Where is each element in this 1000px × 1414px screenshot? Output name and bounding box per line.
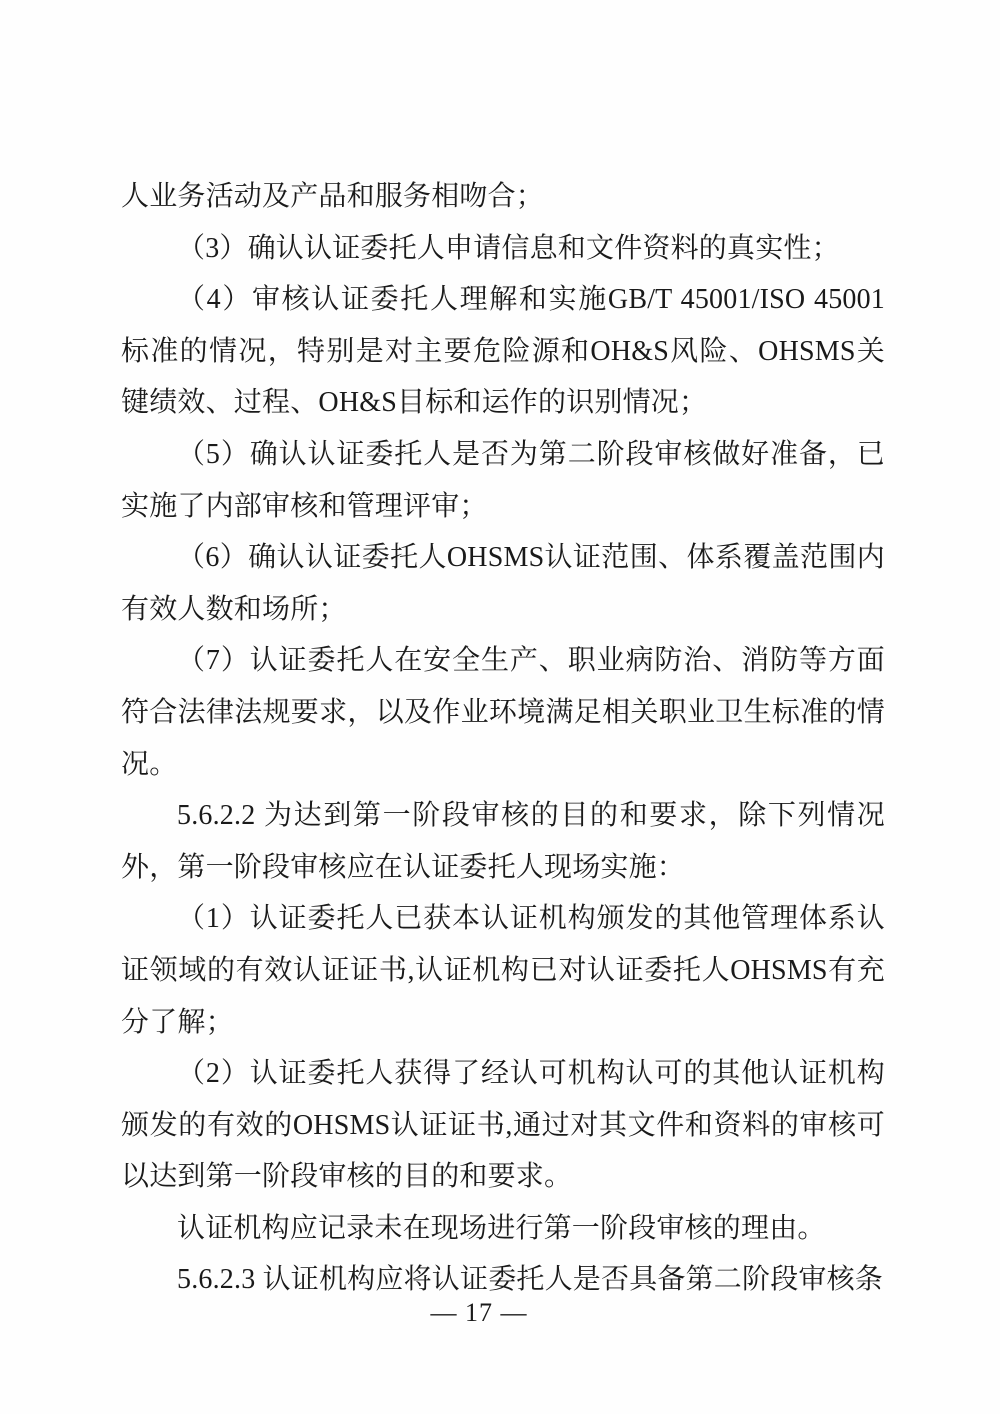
paragraph-item-4: （4）审核认证委托人理解和实施GB/T 45001/ISO 45001标准的情况… (121, 274, 885, 429)
paragraph-continuation: 人业务活动及产品和服务相吻合； (121, 171, 885, 223)
paragraph-note: 认证机构应记录未在现场进行第一阶段审核的理由。 (121, 1203, 885, 1255)
paragraph-item-3: （3）确认认证委托人申请信息和文件资料的真实性； (121, 223, 885, 275)
paragraph-sub-item-1: （1）认证委托人已获本认证机构颁发的其他管理体系认证领域的有效认证证书,认证机构… (121, 893, 885, 1048)
paragraph-item-7: （7）认证委托人在安全生产、职业病防治、消防等方面符合法律法规要求，以及作业环境… (121, 635, 885, 790)
paragraph-item-6: （6）确认认证委托人OHSMS认证范围、体系覆盖范围内有效人数和场所； (121, 532, 885, 635)
page-body: 人业务活动及产品和服务相吻合； （3）确认认证委托人申请信息和文件资料的真实性；… (121, 171, 885, 1306)
page-number: — 17 — (0, 1297, 958, 1329)
paragraph-sub-item-2: （2）认证委托人获得了经认可机构认可的其他认证机构颁发的有效的OHSMS认证证书… (121, 1048, 885, 1203)
document-page: 人业务活动及产品和服务相吻合； （3）确认认证委托人申请信息和文件资料的真实性；… (0, 0, 1000, 1414)
paragraph-item-5: （5）确认认证委托人是否为第二阶段审核做好准备，已实施了内部审核和管理评审； (121, 429, 885, 532)
paragraph-clause-5-6-2-2: 5.6.2.2 为达到第一阶段审核的目的和要求，除下列情况外，第一阶段审核应在认… (121, 790, 885, 893)
